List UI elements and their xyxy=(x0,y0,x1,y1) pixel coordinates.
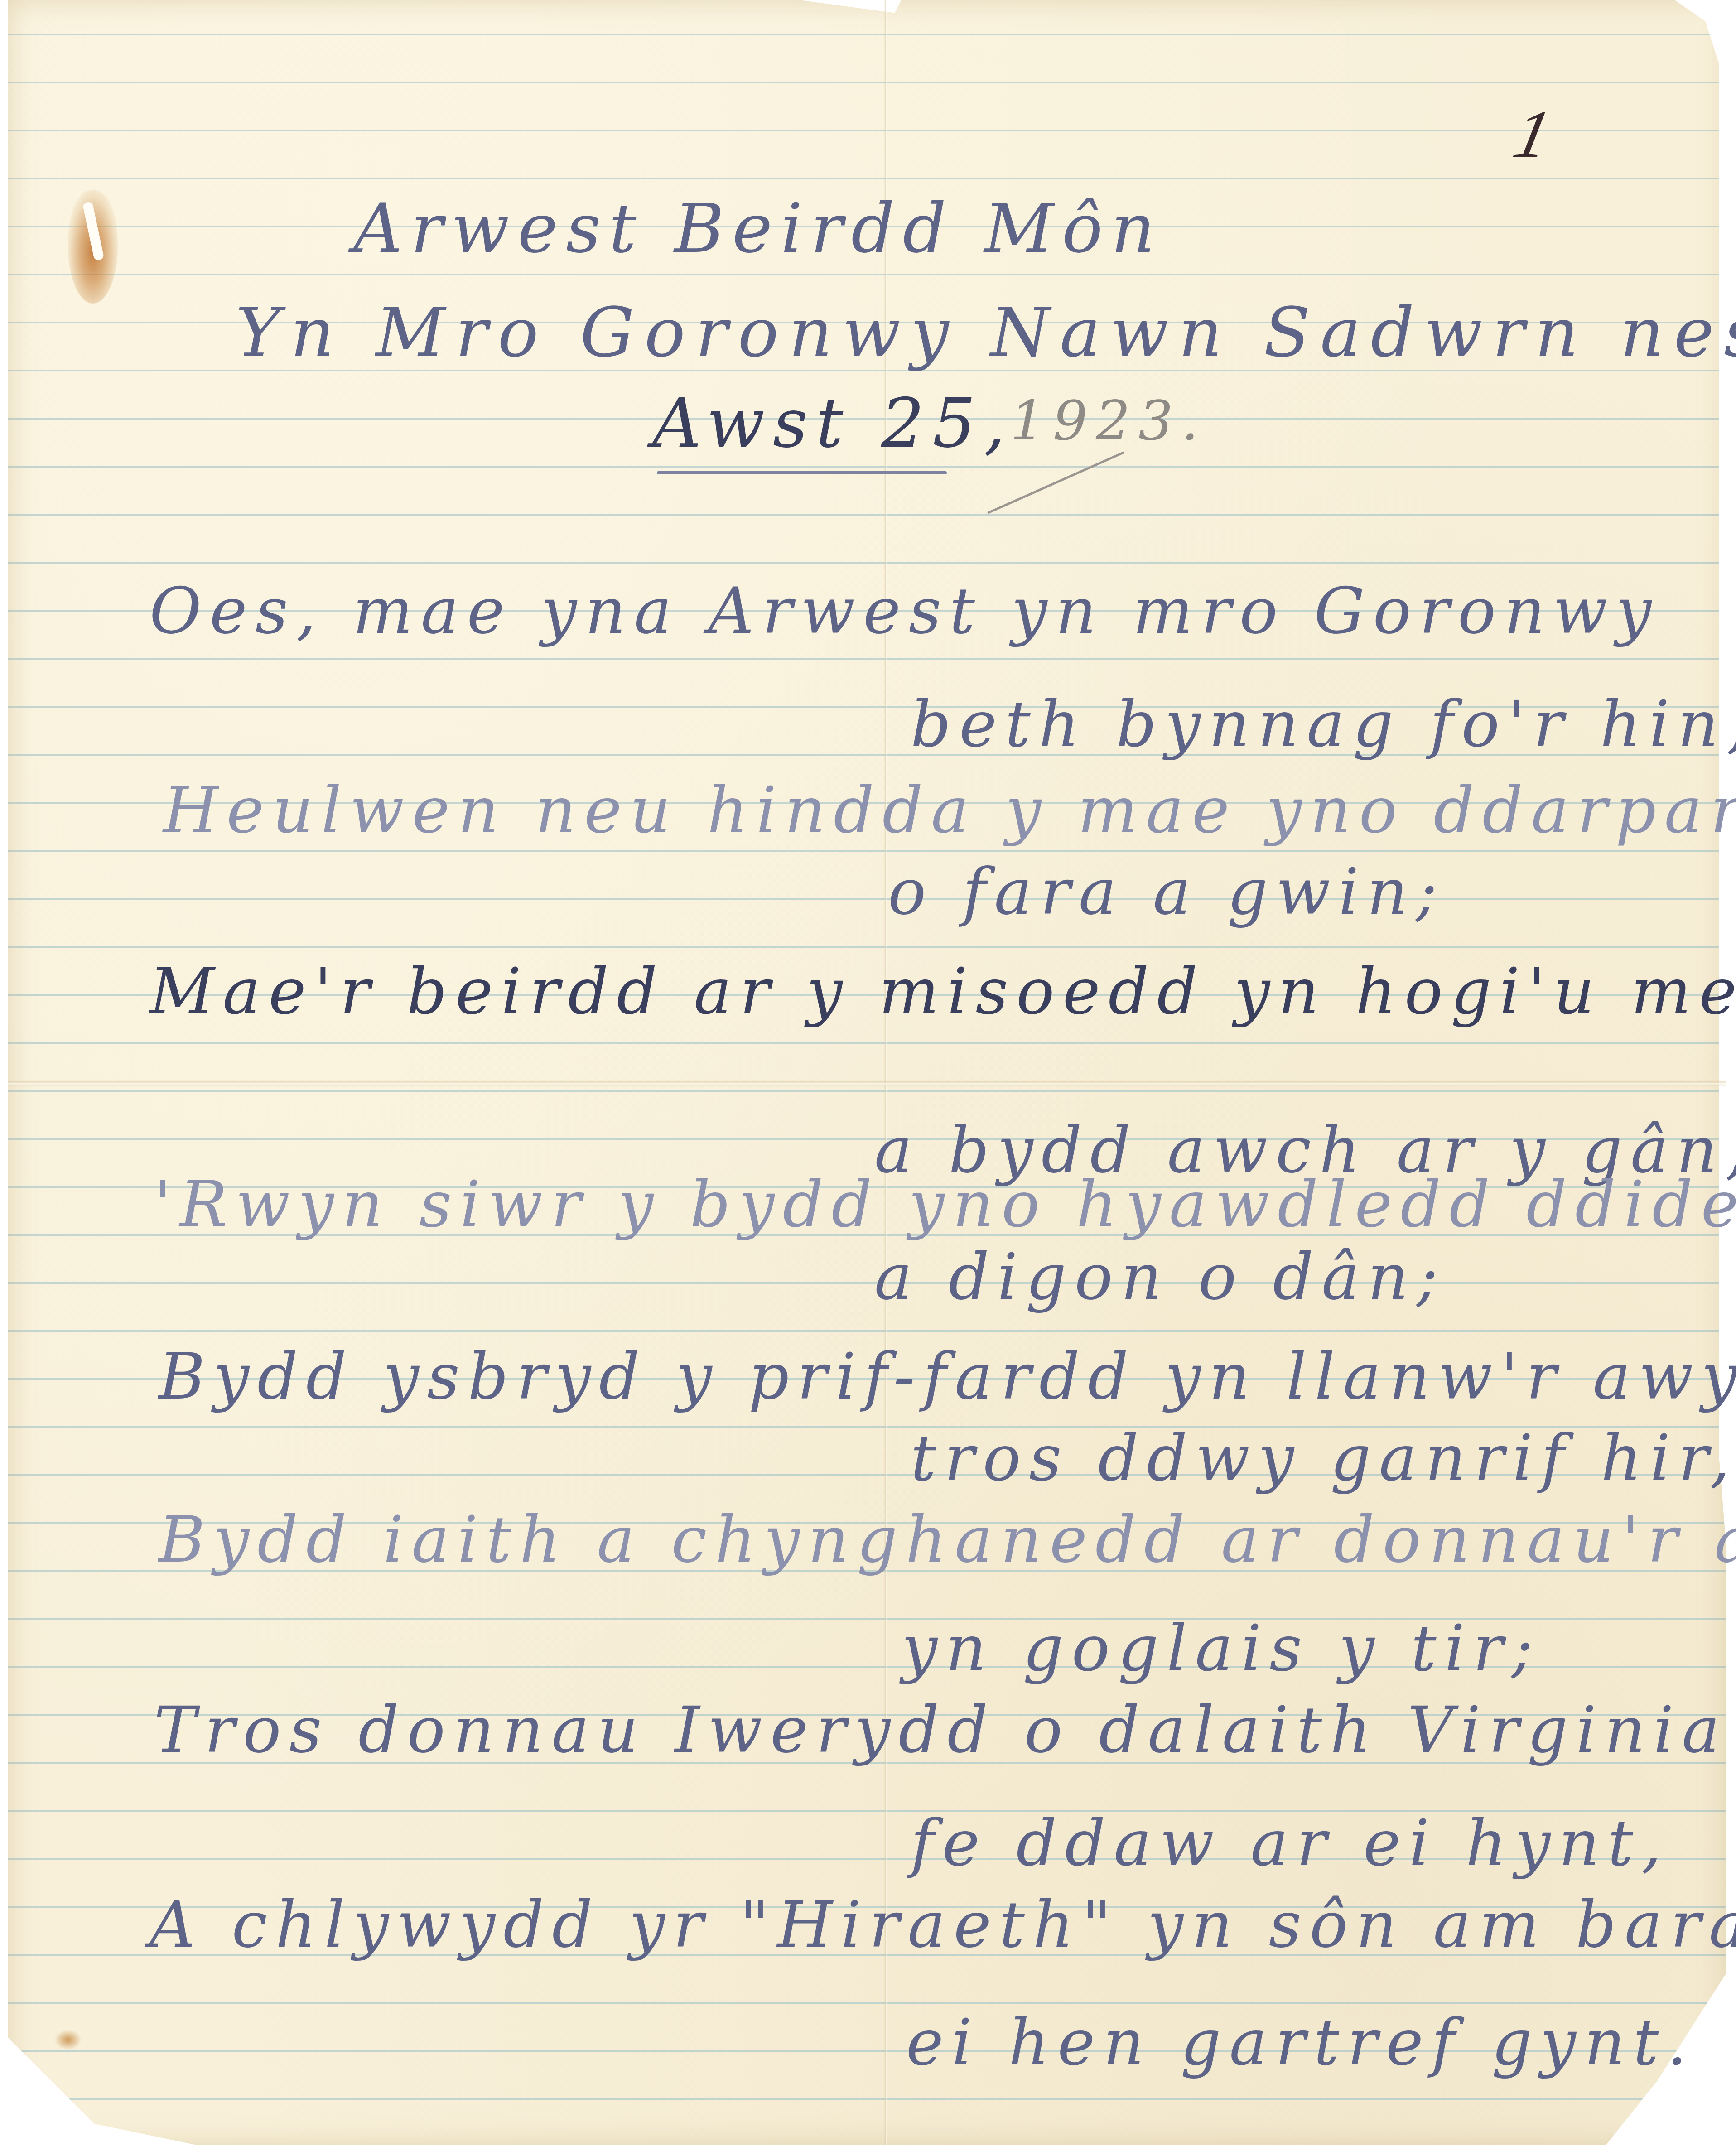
poem-line: A chlywydd yr "Hiraeth" yn sôn am baradw… xyxy=(149,1894,1736,1957)
poem-line: tros ddwy ganrif hir, xyxy=(911,1427,1736,1490)
poem-line: Heulwen neu hindda y mae yno ddarpar xyxy=(163,779,1736,843)
document-subtitle: Yn Mro Goronwy Nawn Sadwrn nesaf. xyxy=(236,299,1736,367)
poem-line: Tros donnau Iwerydd o dalaith Virginia xyxy=(154,1699,1728,1762)
poem-line: beth bynnag fo'r hin, xyxy=(911,693,1736,757)
horizontal-fold-crease xyxy=(8,1080,1726,1087)
date-day: Awst 25, xyxy=(652,390,1013,458)
poem-line: Mae'r beirdd ar y misoedd yn hogi'u medd… xyxy=(149,960,1736,1024)
poem-line: ei hen gartref gynt. xyxy=(906,2011,1695,2075)
poem-line: o fara a gwin; xyxy=(888,861,1446,924)
date-year: 1923. xyxy=(1010,394,1207,449)
poem-line: a digon o dân; xyxy=(874,1246,1446,1309)
small-rust-stain-icon xyxy=(54,2030,82,2050)
date-underline xyxy=(657,471,947,474)
poem-line: 'Rwyn siwr y bydd yno hyawdledd ddiderfy… xyxy=(154,1173,1736,1237)
poem-line: Bydd ysbryd y prif-fardd yn llanw'r awyr… xyxy=(159,1346,1736,1409)
poem-line: fe ddaw ar ei hynt, xyxy=(911,1812,1669,1876)
poem-line: Oes, mae yna Arwest yn mro Goronwy xyxy=(149,580,1659,643)
document-title: Arwest Beirdd Môn xyxy=(353,195,1163,263)
poem-line: Bydd iaith a chynghanedd ar donnau'r awe… xyxy=(159,1509,1736,1572)
poem-line: yn goglais y tir; xyxy=(902,1617,1541,1681)
